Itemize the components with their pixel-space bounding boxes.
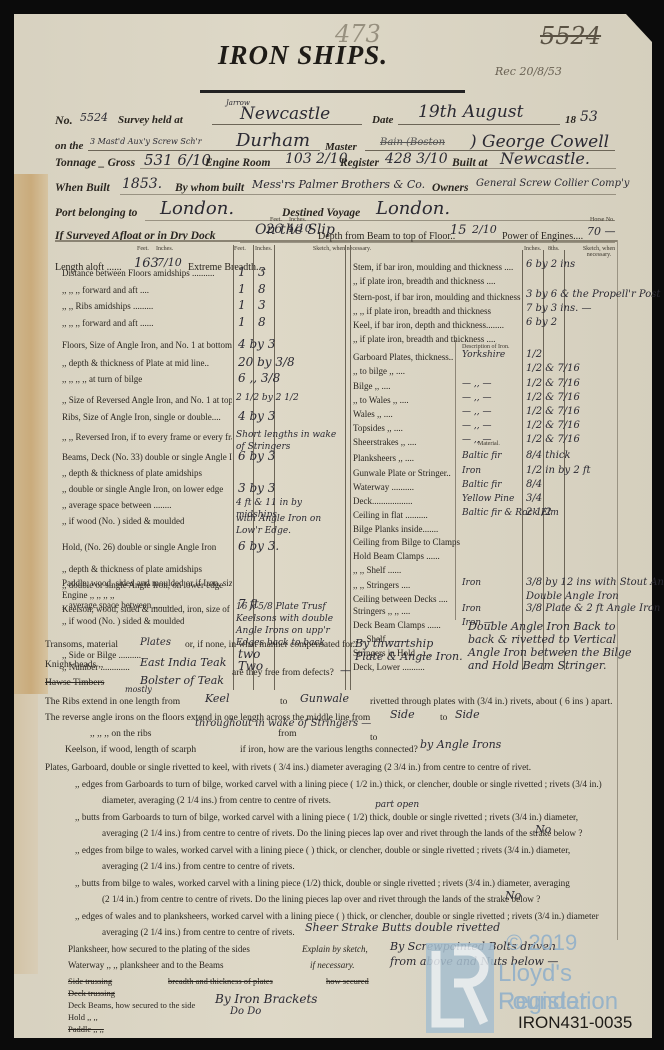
- left-row-value: 1: [238, 315, 246, 329]
- knight-heads-value: East India Teak: [140, 656, 226, 669]
- ribs-line: The Ribs extend in one length from: [45, 697, 180, 707]
- ribs-to-label: to: [280, 697, 287, 707]
- lr-logo-icon: [426, 943, 494, 1033]
- breadth-plates: breadth and thickness of plates: [168, 976, 273, 986]
- plates-butts-bilge: ,, butts from bilge to wales, worked car…: [75, 878, 570, 888]
- right-row-label: ,, if plate iron, breadth and thickness …: [353, 276, 495, 286]
- left-row-label: ,, double or single Angle Iron, on lower…: [62, 484, 223, 494]
- right-row-material: Yorkshire: [462, 350, 505, 360]
- paddle-label: Paddle ,, ,,: [68, 1024, 104, 1034]
- transoms-rest: or, if none, in what manner compensated …: [185, 640, 355, 650]
- transoms-value: Plates: [140, 637, 171, 648]
- owners-value: General Screw Collier Comp'y: [476, 178, 629, 189]
- tonnage-label: Tonnage _ Gross: [55, 157, 135, 169]
- plates-edges-wales: ,, edges of wales and to planksheers, wo…: [75, 911, 599, 921]
- destined-value: London.: [376, 198, 450, 219]
- hawse-label: Hawse Timbers: [45, 678, 104, 688]
- left-row-value: 20 by 3/8: [238, 355, 295, 369]
- right-row-label: ,, ,, Stringers ....: [353, 580, 410, 590]
- right-row-label: Waterway ..........: [353, 482, 414, 492]
- defects-question: are they free from defects?: [232, 668, 334, 678]
- left-row-label: Hold, (No. 26) double or single Angle Ir…: [62, 542, 216, 552]
- right-row-value: 6 by 2 ins: [526, 259, 575, 270]
- left-row-label: ,, ,, Ribs amidships .........: [62, 301, 153, 311]
- year-value: 53: [580, 109, 598, 125]
- left-row-label: ,, average space between ........: [62, 500, 171, 510]
- inches-header: Inches.: [156, 246, 173, 252]
- lap-answer-1: No: [535, 823, 551, 836]
- left-row-value: 3 by 3: [238, 481, 275, 495]
- transoms-note: By thwartship Plate & Angle Iron.: [355, 637, 465, 663]
- page-title: IRON SHIPS.: [218, 40, 388, 71]
- right-row-value: 1/2 & 7/16: [526, 420, 580, 431]
- right-row-material: Iron: [462, 578, 481, 588]
- keelson-line: Keelson, if wood, length of scarph: [65, 745, 196, 755]
- year-prefix: 18: [565, 114, 576, 126]
- depth-label: Depth from Beam to top of Floor..: [318, 231, 455, 242]
- right-row-label: Deck, Lower ..........: [353, 662, 425, 672]
- left-row-label: Distance between Floors amidships ......…: [62, 268, 214, 278]
- depth-inches: 2/10: [472, 223, 497, 236]
- on-ribs-to: to: [370, 733, 377, 743]
- title-rule: [200, 90, 465, 93]
- keelson-rest: if iron, how are the various lengths con…: [240, 745, 418, 755]
- vessel-type: 3 Mast'd Aux'y Screw Sch'r: [90, 137, 202, 146]
- vessel-name: Durham: [236, 130, 310, 151]
- breadth-feet: 26: [266, 222, 283, 237]
- ribs-to: Gunwale: [300, 692, 349, 705]
- sketch-header: Sketch, when necessary.: [575, 246, 623, 258]
- left-row-value: 6 by 3.: [238, 539, 279, 553]
- feet-header: Feet.: [137, 246, 149, 252]
- inches-header: Inches.: [255, 246, 272, 252]
- power-value: 70 —: [587, 225, 616, 238]
- plates-butts-garboard-2: averaging (2 1/4 ins.) from centre to ce…: [102, 828, 582, 838]
- right-row-label: Sheerstrakes ,, ....: [353, 437, 416, 447]
- right-row-value: 1/2 & 7/16: [526, 406, 580, 417]
- right-row-label: Garboard Plates, thickness..: [353, 352, 453, 362]
- left-row-label: ,, depth & thickness of plate amidships: [62, 564, 202, 574]
- built-at-value: Newcastle.: [500, 149, 590, 168]
- right-row-label: Ceiling between Decks ....: [353, 594, 448, 604]
- sketch-header: Sketch, when necessary.: [312, 246, 372, 252]
- right-row-label: Gunwale Plate or Stringer..: [353, 468, 451, 478]
- left-row-label: Paddle, wood, sided and moulded or if Ir…: [62, 578, 232, 588]
- right-row-label: ,, ,, if plate iron, breadth and thickne…: [353, 306, 491, 316]
- left-row-label: Floors, Size of Angle Iron, and No. 1 at…: [62, 340, 232, 350]
- right-row-label: Deck Beam Clamps ......: [353, 620, 441, 630]
- depth-feet: 15: [450, 223, 467, 238]
- by-whom-label: By whom built: [175, 182, 244, 194]
- left-row-label: ,, ,, ,, forward and aft ......: [62, 318, 153, 328]
- on-ribs-from: from: [278, 729, 296, 739]
- right-row-value: 3/4: [526, 493, 542, 504]
- left-row-value: 1: [238, 265, 246, 279]
- waterway-label: Waterway ,, ,, planksheer and to the Bea…: [68, 960, 223, 970]
- port-belonging-label: Port belonging to: [55, 207, 137, 219]
- right-row-value: 8/4 thick: [526, 450, 571, 461]
- left-row-label: ,, Size of Reversed Angle Iron, and No. …: [62, 395, 232, 405]
- right-row-material: — ,, —: [462, 393, 491, 403]
- right-row-material: Iron: [462, 466, 481, 476]
- right-row-value: 1/2 in by 2 ft: [526, 465, 591, 476]
- hold-value: Do Do: [230, 1006, 261, 1017]
- left-row-value: 4 by 3: [238, 337, 275, 351]
- transoms-label: Transoms, material: [45, 640, 118, 650]
- right-row-material: — ,, —: [462, 435, 491, 445]
- reverse-to-label: to: [440, 713, 447, 723]
- date-label: Date: [372, 114, 393, 126]
- right-row-label: ,, if plate iron, breadth and thickness …: [353, 334, 495, 344]
- owners-label: Owners: [432, 182, 468, 194]
- survey-held-label: Survey held at: [118, 114, 183, 126]
- right-row-label: ,, to Wales ,, ....: [353, 395, 409, 405]
- right-row-value: 8/4: [526, 479, 542, 490]
- paper-stain: [14, 694, 38, 974]
- right-row-label: Bilge Planks inside.......: [353, 524, 438, 534]
- on-ribs-label: ,, ,, ,, on the ribs: [90, 729, 151, 739]
- plates-edges-wales-2: averaging (2 1/4 ins.) from centre to ce…: [102, 927, 295, 937]
- engine-room-value: 103 2/10: [285, 151, 348, 167]
- plates-garboard: Plates, Garboard, double or single rivet…: [45, 762, 531, 772]
- right-row-label: Stringers ,, ,, ....: [353, 606, 410, 616]
- on-the-label: on the: [55, 140, 83, 152]
- right-row-value: 3/8 Plate & 2 ft Angle Iron: [526, 603, 660, 614]
- right-row-label: Ceiling from Bilge to Clamps: [353, 537, 460, 547]
- ribs-note: mostly: [125, 685, 152, 694]
- hold-label: Hold ,, ,,: [68, 1012, 98, 1022]
- right-row-material: Baltic fir: [462, 480, 502, 490]
- keelson-value: by Angle Irons: [420, 738, 501, 751]
- right-row-label: Hold Beam Clamps ......: [353, 551, 440, 561]
- deck-trussing: Deck trussing: [68, 988, 115, 998]
- deck-beams-value: By Iron Brackets: [215, 992, 317, 1006]
- left-row-label: ,, ,, ,, forward and aft ....: [62, 285, 149, 295]
- right-row-material: — ,, —: [462, 421, 491, 431]
- when-built-label: When Built: [55, 182, 110, 194]
- left-row-value: 4 by 3: [238, 409, 275, 423]
- right-row-material: Yellow Pine: [462, 494, 514, 504]
- rivet-line: rivetted through plates with (3/4 in.) r…: [370, 697, 612, 707]
- port-belonging-value: London.: [160, 198, 234, 219]
- plates-part-note: part open: [375, 800, 419, 810]
- right-row-label: Topsides ,, ....: [353, 423, 403, 433]
- right-row-value: 6 by 2: [526, 317, 557, 328]
- left-row-label: Engine ,, ,, ,, ,,: [62, 590, 115, 600]
- left-row-label: ,, if wood (No. ) sided & moulded: [62, 616, 184, 626]
- ribs-from: Keel: [205, 692, 229, 705]
- left-row-label: ,, if wood (No. ) sided & moulded: [62, 516, 184, 526]
- left-row-label: ,, Side or Bilge ..........: [62, 650, 141, 660]
- plates-butts-bilge-2: (2 1/4 in.) from centre to centre of riv…: [102, 894, 540, 904]
- left-row-label: Keelson, wood, sided & moulded, iron, si…: [62, 604, 232, 614]
- when-built-value: 1853.: [122, 176, 162, 192]
- right-row-label: Keel, if bar iron, depth and thickness..…: [353, 320, 504, 330]
- gross-tonnage: 531 6/10: [144, 151, 211, 169]
- breadth-inches: 4/10: [287, 222, 312, 235]
- right-row-value: 7 by 3 ins. —: [526, 303, 591, 314]
- left-row-value: 1: [238, 298, 246, 312]
- keelson-label: Keelson, if wood, length of scarph: [65, 745, 196, 755]
- right-row-value: 1/2 & 7/16: [526, 378, 580, 389]
- left-row-value: 2 1/2 by 2 1/2: [236, 392, 341, 404]
- right-row-label: Stem, if bar iron, moulding and thicknes…: [353, 262, 513, 272]
- master-struck: Bain (Boston: [380, 137, 445, 148]
- left-row-label: ,, depth & thickness of Plate at mid lin…: [62, 358, 209, 368]
- eighths-header: 8ths.: [548, 246, 560, 252]
- left-row-label: ,, depth & thickness of plate amidships: [62, 468, 202, 478]
- right-row-value: 3/8 by 12 ins with Stout Angle Iron on u…: [526, 577, 664, 588]
- left-row-value-inches: 8: [258, 282, 266, 296]
- right-row-value: 1/2: [526, 349, 542, 360]
- right-row-material: Baltic fir: [462, 451, 502, 461]
- right-row-label: Bilge ,, ....: [353, 381, 391, 391]
- left-row-value: 6 by 3: [238, 449, 275, 463]
- inches-header: Inches.: [524, 246, 541, 252]
- planksheer-label: Planksheer, how secured to the plating o…: [68, 944, 250, 954]
- left-row-label: ,, ,, ,, ,, at turn of bilge: [62, 374, 142, 384]
- left-row-value-inches: 3: [258, 265, 266, 279]
- right-row-value: 2 1/2: [526, 507, 552, 518]
- survey-date: 19th August: [418, 102, 523, 122]
- no-label: No.: [55, 113, 73, 128]
- on-ribs-value: throughout in wake of Stringers —: [195, 718, 371, 729]
- plates-edges-bilge: ,, edges from bilge to wales, worked car…: [75, 845, 570, 855]
- received-note: Rec 20/8/53: [495, 65, 562, 78]
- right-row-value: 1/2 & 7/16: [526, 392, 580, 403]
- right-row-value: Double Angle Iron: [526, 591, 619, 602]
- reverse-to: Side: [455, 708, 480, 721]
- struck-number: 5524: [540, 22, 601, 50]
- sheer-strake-note: Sheer Strake Butts double rivetted: [305, 921, 500, 934]
- survey-number: 5524: [80, 111, 108, 124]
- right-row-label: Wales ,, ....: [353, 409, 393, 419]
- stringers-hold-note: Double Angle Iron Back to back & rivette…: [468, 620, 638, 672]
- right-row-value: 1/2 & 7/16: [526, 434, 580, 445]
- side-trussing: Side trussing: [68, 976, 112, 986]
- right-row-label: Deck..................: [353, 496, 413, 506]
- right-row-material: — ,, —: [462, 407, 491, 417]
- reverse-from: Side: [390, 708, 415, 721]
- if-necessary: if necessary.: [310, 960, 355, 970]
- right-row-material: — ,, —: [462, 379, 491, 389]
- right-row-value: 1/2 & 7/16: [526, 363, 580, 374]
- horse-header: Horse No.: [590, 217, 615, 223]
- left-row-value-inches: 8: [258, 315, 266, 329]
- paper-stain: [14, 174, 48, 694]
- knight-heads-label: Knight-heads ,,: [45, 660, 103, 670]
- defects-answer: —: [340, 664, 351, 677]
- builder-value: Mess'rs Palmer Brothers & Co.: [252, 178, 425, 191]
- watermark-org-2: Foundation: [498, 988, 618, 1016]
- left-row-label: Beams, Deck (No. 33) double or single An…: [62, 452, 232, 462]
- plates-edges-bilge-2: averaging (2 1/4 ins.) from centre to ce…: [102, 861, 295, 871]
- right-row-label: Stern-post, if bar iron, moulding and th…: [353, 292, 520, 302]
- deck-beams-label: Deck Beams, how secured to the side: [68, 1000, 195, 1010]
- left-row-value: 1: [238, 282, 246, 296]
- plates-edges-garboard-2: diameter, averaging (2 1/4 ins.) from ce…: [102, 795, 331, 805]
- lap-answer-2: No: [505, 889, 521, 902]
- right-row-label: ,, ,, Shelf ......: [353, 565, 401, 575]
- right-row-value: 3 by 6 & the Propell'r Post: [526, 289, 660, 300]
- explain-sketch: Explain by sketch,: [302, 944, 368, 954]
- left-row-value: 6 ,, 3/8: [238, 371, 280, 385]
- right-row-material: Iron: [462, 604, 481, 614]
- hawse-value: Bolster of Teak: [140, 674, 224, 687]
- survey-port: Newcastle: [240, 104, 330, 124]
- left-row-label: ,, ,, Reversed Iron, if to every frame o…: [62, 432, 232, 442]
- plates-butts-garboard: ,, butts from Garboards to turn of bilge…: [75, 812, 578, 822]
- watermark-copyright: © 2019: [506, 930, 577, 956]
- how-secured: how secured: [326, 976, 369, 986]
- left-row-value-inches: 3: [258, 298, 266, 312]
- plates-edges-garboard: ,, edges from Garboards to turn of bilge…: [75, 779, 602, 789]
- lr-logo: [426, 943, 494, 1033]
- right-row-label: Planksheers ,, ....: [353, 453, 414, 463]
- left-row-value: with Angle Iron on Low'r Edge.: [236, 513, 341, 537]
- feet-header: Feet.: [234, 246, 246, 252]
- register-value: 428 3/10: [385, 151, 448, 167]
- right-row-label: Ceiling in flat ..........: [353, 510, 428, 520]
- power-label: Power of Engines....: [502, 231, 583, 242]
- reference-number: IRON431-0035: [518, 1013, 632, 1033]
- paper-corner: [626, 14, 652, 42]
- right-row-label: ,, to bilge ,, ....: [353, 366, 405, 376]
- left-row-label: Ribs, Size of Angle Iron, single or doub…: [62, 412, 221, 422]
